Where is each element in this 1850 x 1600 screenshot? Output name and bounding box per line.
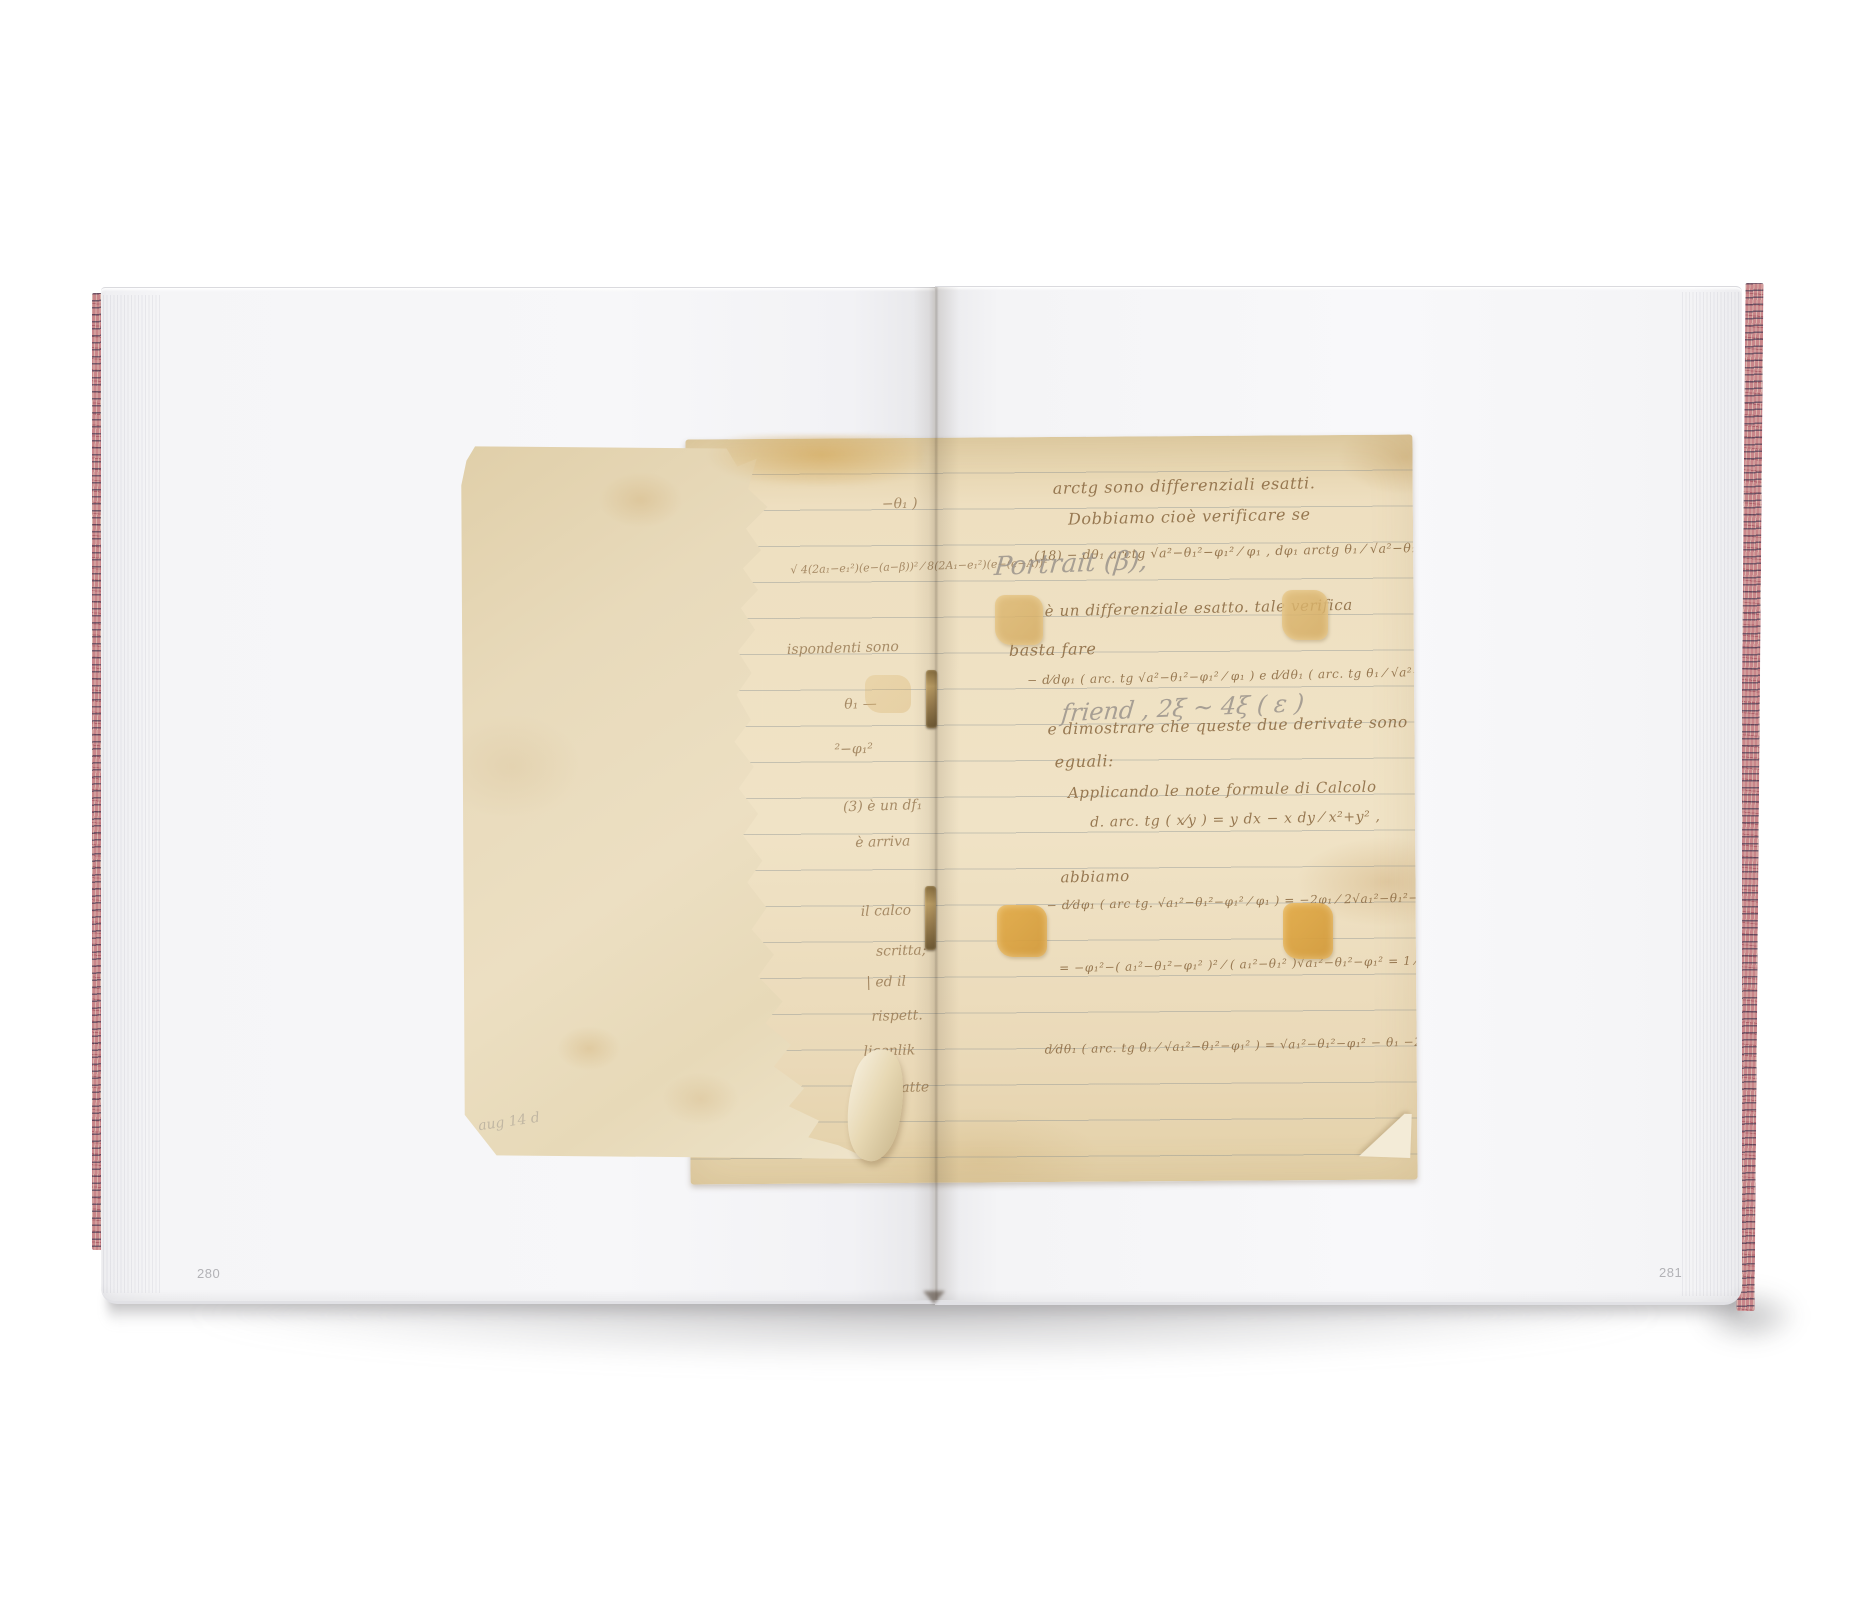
tape-piece — [1283, 903, 1333, 959]
book-gutter-shadow — [913, 287, 959, 1300]
handwriting-fragment: è arriva — [855, 833, 911, 851]
handwriting-line: d. arc. tg ( x⁄y ) = y dx − x dy ⁄ x²+y²… — [1090, 809, 1381, 831]
handwriting-line: = −φ₁²−( a₁²−θ₁²−φ₁² )² ⁄ ( a₁²−θ₁² )√a₁… — [1059, 952, 1418, 976]
product-photo-canvas: −θ₁ ) √ 4(2a₁−e₁²)(e−(a−β))² ⁄ 8(2A₁−e₁²… — [0, 0, 1850, 1600]
handwriting-fragment: il calco — [860, 902, 911, 919]
handwriting-line: d⁄dθ₁ ( arc. tg θ₁ ⁄ √a₁²−θ₁²−φ₁² ) = √a… — [1045, 1029, 1418, 1057]
page-edge-striations-left — [103, 295, 161, 1293]
handwriting-fragment: ispondenti sono — [787, 639, 899, 658]
page-edge-striations-right — [1682, 292, 1740, 1296]
handwriting-line: abbiamo — [1060, 867, 1130, 886]
tape-piece — [995, 595, 1043, 645]
page-number-left: 280 — [197, 1266, 220, 1281]
handwriting-line: − d⁄dφ₁ ( arc tg. √a₁²−θ₁²−φ₁² ⁄ φ₁ ) = … — [1047, 888, 1418, 912]
notebook-lined-page: −θ₁ ) √ 4(2a₁−e₁²)(e−(a−β))² ⁄ 8(2A₁−e₁²… — [685, 434, 1417, 1184]
page-corner-fold — [1352, 1112, 1412, 1158]
pencil-note: aug 14 d — [477, 1110, 541, 1134]
handwriting-fragment: | ed il — [866, 974, 906, 991]
handwriting-line: arctg sono differenziali esatti. — [1053, 473, 1316, 497]
handwriting-line: − d⁄dφ₁ ( arc. tg √a²−θ₁²−φ₁² ⁄ φ₁ ) e d… — [1027, 664, 1418, 688]
handwriting-line: Applicando le note formule di Calcolo — [1068, 778, 1377, 802]
tape-piece — [865, 675, 911, 713]
handwriting-line: eguali: — [1054, 751, 1114, 771]
page-number-right: 281 — [1659, 1265, 1682, 1280]
book-gutter-notch — [923, 1291, 945, 1304]
tape-piece — [997, 905, 1047, 957]
handwriting-fragment: ²−φ₁² — [834, 741, 873, 758]
handwriting-fragment: (3) è un df₁ — [843, 797, 923, 815]
tape-piece — [1282, 590, 1328, 640]
pencil-scribble: Portrait (β), — [993, 546, 1149, 583]
handwriting-line: Dobbiamo cioè verificare se — [1068, 504, 1311, 528]
tape-residue-stain — [698, 435, 923, 485]
